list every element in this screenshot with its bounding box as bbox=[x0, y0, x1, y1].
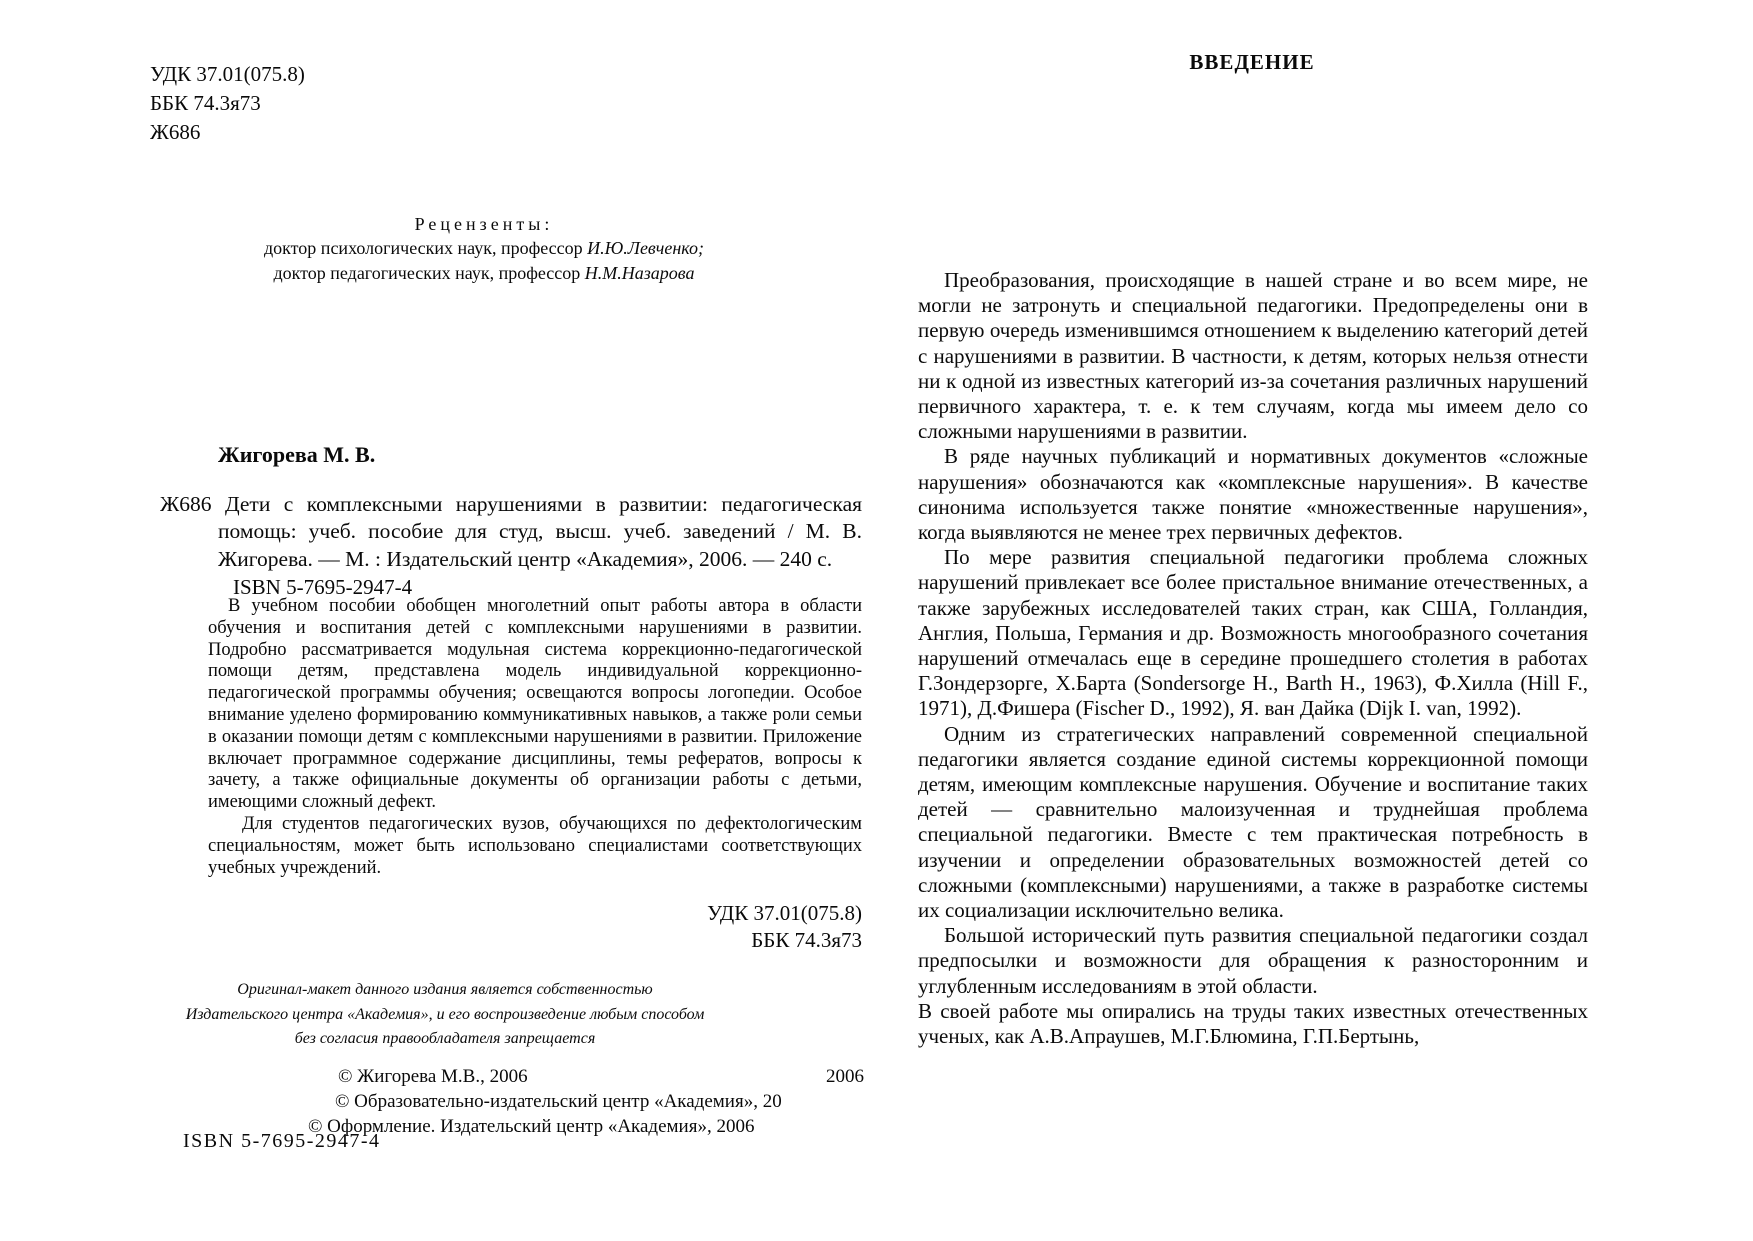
chapter-title-introduction: ВВЕДЕНИЕ bbox=[918, 50, 1586, 75]
edition-year: 2006 bbox=[826, 1066, 864, 1088]
annotation-paragraph: В учебном пособии обобщен многолетний оп… bbox=[208, 596, 862, 814]
intro-paragraph-continuation: В своей работе мы опирались на труды так… bbox=[918, 999, 1588, 1049]
intro-paragraph: В ряде научных публикаций и нормативных … bbox=[918, 444, 1588, 545]
udk-bbk-classification-block: УДК 37.01(075.8) ББК 74.3я73 Ж686 bbox=[150, 60, 305, 147]
udk-bbk-bottom-block: УДК 37.01(075.8) ББК 74.3я73 bbox=[560, 900, 862, 954]
reviewer-role: доктор педагогических наук, профессор bbox=[273, 263, 580, 283]
rights-reservation-notice: Оригинал-макет данного издания является … bbox=[175, 978, 715, 1052]
intro-paragraph: Одним из стратегических направлений совр… bbox=[918, 722, 1588, 924]
bibliographic-description: Дети с комплексными нарушениями в развит… bbox=[218, 492, 862, 571]
reviewer-role: доктор психологических наук, профессор bbox=[264, 238, 583, 258]
author-name: Жигорева М. В. bbox=[218, 442, 375, 468]
intro-paragraph: Преобразования, происходящие в нашей стр… bbox=[918, 268, 1588, 444]
reviewer-name: И.Ю.Левченко; bbox=[587, 238, 704, 258]
intro-paragraph: Большой исторический путь развития специ… bbox=[918, 923, 1588, 999]
intro-paragraph: По мере развития специальной педагогики … bbox=[918, 545, 1588, 721]
bibliographic-index-code: Ж686 bbox=[160, 492, 212, 516]
target-audience-paragraph: Для студентов педагогических вузов, обуч… bbox=[208, 814, 862, 879]
bibliographic-entry: Ж686 Дети с комплексными нарушениями в р… bbox=[160, 491, 862, 574]
reviewer-line: доктор психологических наук, профессор И… bbox=[190, 236, 778, 261]
reviewers-block: Рецензенты: доктор психологических наук,… bbox=[190, 212, 778, 286]
introduction-body: Преобразования, происходящие в нашей стр… bbox=[918, 268, 1588, 1049]
isbn-bottom-line: ISBN 5-7695-2947-4 bbox=[183, 1130, 381, 1153]
annotation-block: В учебном пособии обобщен многолетний оп… bbox=[208, 596, 862, 879]
reviewer-line: доктор педагогических наук, профессор Н.… bbox=[190, 261, 778, 286]
reviewer-name: Н.М.Назарова bbox=[585, 263, 695, 283]
book-spread-scan: { "left_page": { "udk_block": "УДК 37.01… bbox=[0, 0, 1753, 1241]
reviewers-heading: Рецензенты: bbox=[190, 212, 778, 236]
copyright-line-publisher: © Образовательно-издательский центр «Ака… bbox=[335, 1091, 782, 1113]
copyright-line-author: © Жигорева М.В., 2006 bbox=[338, 1066, 528, 1088]
